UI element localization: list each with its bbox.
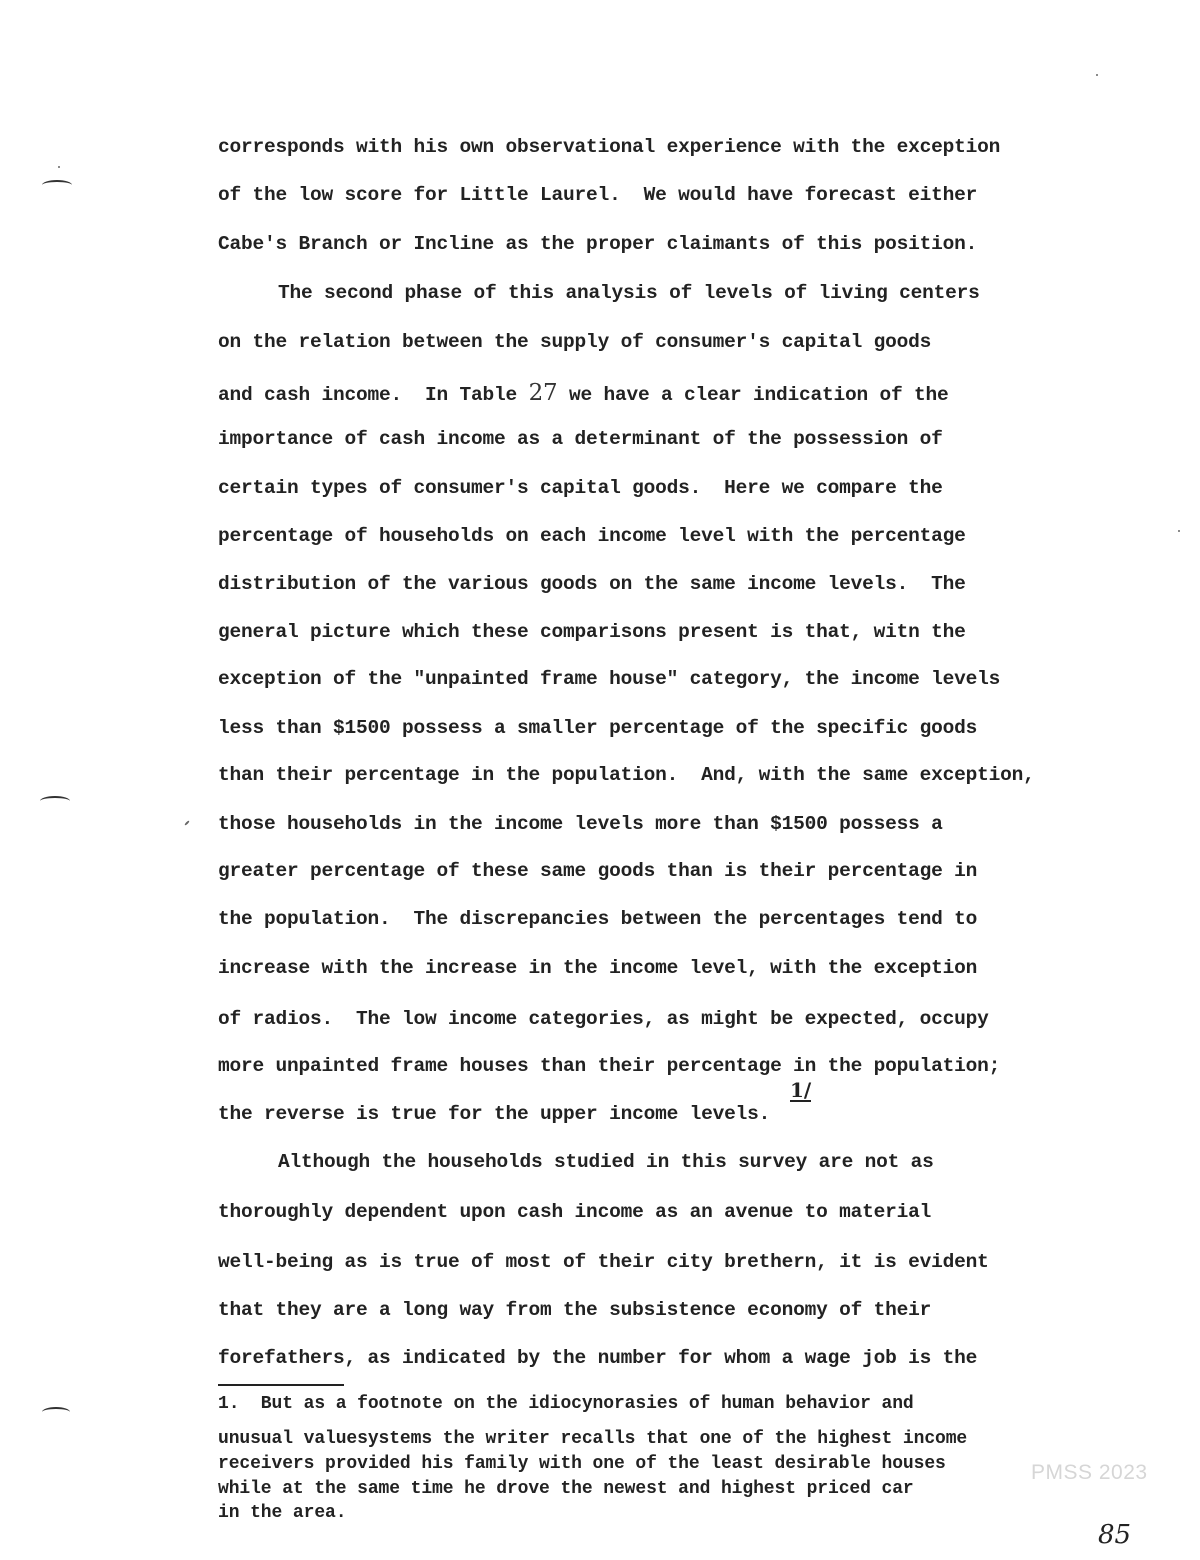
binder-hole-mark — [42, 180, 72, 190]
document-page: corresponds with his own observational e… — [0, 0, 1200, 1560]
body-line: than their percentage in the population.… — [218, 764, 1035, 786]
scan-speck — [1096, 74, 1098, 76]
scan-speck — [184, 820, 190, 826]
body-text: and cash income. In Table — [218, 384, 529, 406]
body-line: more unpainted frame houses than their p… — [218, 1055, 1000, 1077]
footnote-line: in the area. — [218, 1503, 346, 1523]
body-line: exception of the "unpainted frame house"… — [218, 668, 1000, 690]
paragraph-start-line: Although the households studied in this … — [278, 1151, 934, 1173]
body-line: well-being as is true of most of their c… — [218, 1251, 989, 1273]
binder-hole-mark — [42, 1407, 70, 1417]
body-text: we have a clear indication of the — [557, 384, 948, 406]
page-number: 85 — [1098, 1520, 1131, 1550]
body-line: corresponds with his own observational e… — [218, 136, 1000, 158]
body-line: Cabe's Branch or Incline as the proper c… — [218, 233, 977, 255]
footnote-line: receivers provided his family with one o… — [218, 1454, 946, 1474]
body-line: the reverse is true for the upper income… — [218, 1103, 770, 1125]
scan-speck — [1178, 530, 1180, 532]
body-line: those households in the income levels mo… — [218, 813, 943, 835]
body-line: percentage of households on each income … — [218, 525, 966, 547]
body-line: forefathers, as indicated by the number … — [218, 1347, 977, 1369]
body-line-table-reference: and cash income. In Table 27 we have a c… — [218, 380, 949, 406]
body-line: less than $1500 possess a smaller percen… — [218, 717, 977, 739]
body-line: increase with the increase in the income… — [218, 957, 977, 979]
footnote-reference-marker: 1/ — [790, 1080, 811, 1102]
footnote-line: 1. But as a footnote on the idiocynorasi… — [218, 1394, 914, 1414]
body-line: general picture which these comparisons … — [218, 621, 966, 643]
footnote-separator — [218, 1384, 344, 1386]
body-line: that they are a long way from the subsis… — [218, 1299, 931, 1321]
scan-speck — [58, 166, 60, 168]
handwritten-table-number: 27 — [529, 380, 558, 406]
body-line: importance of cash income as a determina… — [218, 428, 943, 450]
body-line: the population. The discrepancies betwee… — [218, 908, 977, 930]
body-line: of radios. The low income categories, as… — [218, 1008, 989, 1030]
body-line: thoroughly dependent upon cash income as… — [218, 1201, 931, 1223]
body-line: of the low score for Little Laurel. We w… — [218, 184, 977, 206]
binder-hole-mark — [40, 796, 70, 806]
paragraph-start-line: The second phase of this analysis of lev… — [278, 282, 980, 304]
footnote-line: unusual valuesystems the writer recalls … — [218, 1429, 967, 1449]
body-line: on the relation between the supply of co… — [218, 331, 931, 353]
footnote-line: while at the same time he drove the newe… — [218, 1479, 914, 1499]
body-line: distribution of the various goods on the… — [218, 573, 966, 595]
watermark: PMSS 2023 — [1031, 1461, 1148, 1485]
body-line: greater percentage of these same goods t… — [218, 860, 977, 882]
body-line: certain types of consumer's capital good… — [218, 477, 943, 499]
